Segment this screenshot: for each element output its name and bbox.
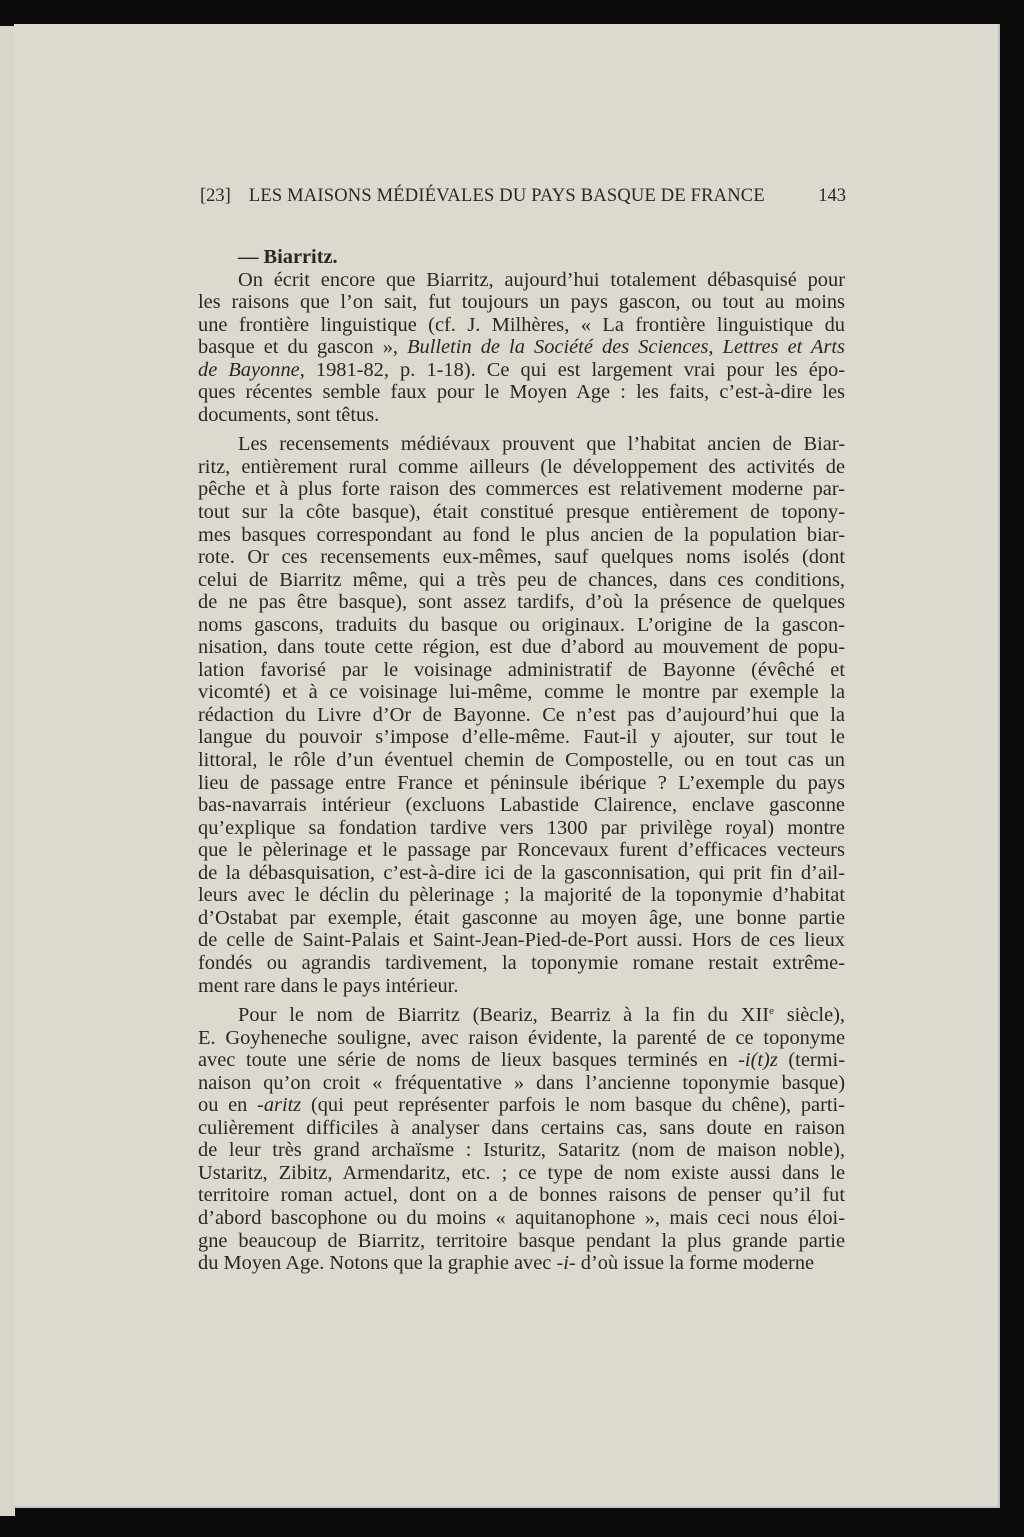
text-line: territoire roman actuel, dont on a de bo… — [198, 1184, 845, 1207]
section-heading: — Biarritz. — [198, 246, 845, 269]
text-line: d’Ostabat par exemple, était gasconne au… — [198, 907, 845, 930]
text-line: E. Goyheneche souligne, avec raison évid… — [198, 1027, 845, 1050]
text-line: mes basques correspondant au fond le plu… — [198, 524, 845, 547]
text-line: de leur très grand archaïsme : Isturitz,… — [198, 1139, 845, 1162]
text-line: littoral, le rôle d’un éventuel chemin d… — [198, 749, 845, 772]
text-line: ment rare dans le pays intérieur. — [198, 975, 845, 998]
text-line: nisation, dans toute cette région, est d… — [198, 636, 845, 659]
text-line: une frontière linguistique (cf. J. Milhè… — [198, 314, 845, 337]
text-line: du Moyen Age. Notons que la graphie avec… — [198, 1252, 845, 1275]
facing-page-edge — [0, 26, 15, 1516]
text-line: gne beaucoup de Biarritz, territoire bas… — [198, 1230, 845, 1253]
italic-text: de Bayonne — [198, 359, 300, 381]
text-line: lation favorisé par le voisinage adminis… — [198, 659, 845, 682]
text-line: leurs avec le déclin du pèlerinage ; la … — [198, 884, 845, 907]
text-line: documents, sont têtus. — [198, 404, 845, 427]
text-line: d’abord bascophone ou du moins « aquitan… — [198, 1207, 845, 1230]
running-title: LES MAISONS MÉDIÉVALES DU PAYS BASQUE DE… — [249, 186, 818, 207]
text-line: rédaction du Livre d’Or de Bayonne. Ce n… — [198, 704, 845, 727]
text-line: Pour le nom de Biarritz (Beariz, Bearriz… — [198, 1004, 845, 1027]
text-line: de ne pas être basque), sont assez tardi… — [198, 591, 845, 614]
text-line: tout sur la côte basque), était constitu… — [198, 501, 845, 524]
running-head: [23] LES MAISONS MÉDIÉVALES DU PAYS BASQ… — [200, 186, 846, 207]
text-line: basque et du gascon », Bulletin de la So… — [198, 336, 845, 359]
italic-text: Bulletin de la Société des Sciences, Let… — [407, 336, 845, 358]
text-line: fondés ou agrandis tardivement, la topon… — [198, 952, 845, 975]
text-line: ritz, entièrement rural comme ailleurs (… — [198, 456, 845, 479]
text-line: vicomté) et à ce voisinage lui-même, com… — [198, 681, 845, 704]
italic-text: -i- — [556, 1252, 575, 1274]
text-line: On écrit encore que Biarritz, aujourd’hu… — [198, 269, 845, 292]
text-line: qu’explique sa fondation tardive vers 13… — [198, 817, 845, 840]
text-line: ou en -aritz (qui peut représenter parfo… — [198, 1094, 845, 1117]
text-line: Ustaritz, Zibitz, Armendaritz, etc. ; ce… — [198, 1162, 845, 1185]
text-line: celui de Biarritz même, qui a très peu d… — [198, 569, 845, 592]
text-line: de la débasquisation, c’est-à-dire ici d… — [198, 862, 845, 885]
paragraph-gap — [198, 997, 845, 1004]
text-line: ques récentes semble faux pour le Moyen … — [198, 381, 845, 404]
superscript: e — [769, 1005, 774, 1017]
text-line: avec toute une série de noms de lieux ba… — [198, 1049, 845, 1072]
paragraph-gap — [198, 426, 845, 433]
text-line: pêche et à plus forte raison des commerc… — [198, 478, 845, 501]
text-line: culièrement difficiles à analyser dans c… — [198, 1117, 845, 1140]
page-number: 143 — [818, 186, 846, 207]
text-line: les raisons que l’on sait, fut toujours … — [198, 291, 845, 314]
text-line: de Bayonne, 1981-82, p. 1-18). Ce qui es… — [198, 359, 845, 382]
text-line: bas-navarrais intérieur (excluons Labast… — [198, 794, 845, 817]
text-line: de celle de Saint-Palais et Saint-Jean-P… — [198, 929, 845, 952]
text-line: que le pèlerinage et le passage par Ronc… — [198, 839, 845, 862]
text-line: lieu de passage entre France et péninsul… — [198, 772, 845, 795]
text-line: langue du pouvoir s’impose d’elle-même. … — [198, 726, 845, 749]
text-line: noms gascons, traduits du basque ou orig… — [198, 614, 845, 637]
section-number: [23] — [200, 186, 231, 207]
italic-text: -aritz — [257, 1094, 301, 1116]
italic-text: -i(t)z — [738, 1049, 778, 1071]
body-text: — Biarritz. On écrit encore que Biarritz… — [198, 246, 845, 1275]
text-line: rote. Or ces recensements eux-mêmes, sau… — [198, 546, 845, 569]
text-line: Les recensements médiévaux prouvent que … — [198, 433, 845, 456]
text-line: naison qu’on croit « fréquentative » dan… — [198, 1072, 845, 1095]
